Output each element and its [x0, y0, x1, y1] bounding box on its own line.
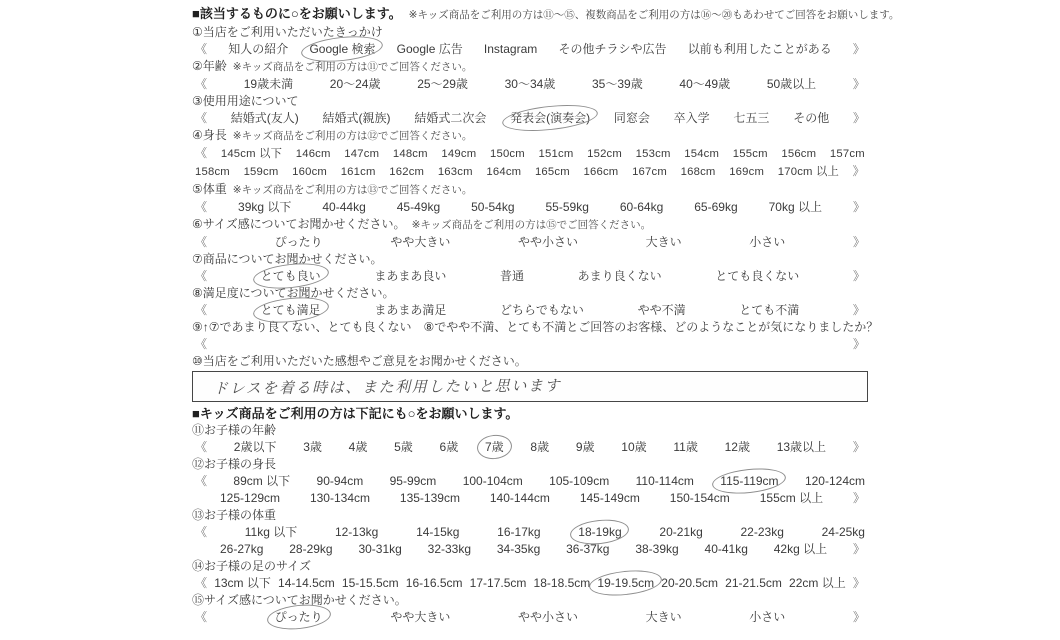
option: 七五三 — [733, 110, 769, 127]
option: 168cm — [681, 164, 716, 181]
option: 45-49kg — [397, 199, 440, 216]
question-4-label: ④身長※キッズ商品をご利用の方は⑫でご回答ください。 — [192, 127, 868, 145]
option: Google 広告 — [397, 41, 463, 58]
option: 164cm — [486, 164, 521, 181]
option: まあまあ良い — [374, 268, 446, 285]
open-bracket: 《 — [195, 145, 207, 162]
option: 125-129cm — [220, 490, 280, 507]
option: 39kg 以下 — [238, 199, 291, 216]
question-2: ②年齢※キッズ商品をご利用の方は⑪でご回答ください。《19歳未満20～24歳25… — [192, 58, 868, 93]
question-6: ⑥サイズ感についてお聞かせください。※キッズ商品をご利用の方は⑮でご回答ください… — [192, 216, 868, 251]
option-circled: 115-119cm — [720, 473, 778, 490]
option: 大きい — [646, 234, 682, 251]
option: 100-104cm — [463, 473, 523, 490]
option: まあまあ満足 — [374, 302, 446, 319]
option: 153cm — [636, 146, 671, 163]
open-bracket: 《 — [195, 41, 207, 58]
close-bracket: 》 — [853, 439, 865, 456]
option: 小さい — [749, 609, 785, 626]
option: やや大きい — [390, 234, 450, 251]
option: 普通 — [500, 268, 524, 285]
option: 154cm — [684, 146, 719, 163]
option-circled: とても満足 — [261, 302, 321, 319]
question-1: ①当店をご利用いただいたきっかけ《知人の紹介Google 検索Google 広告… — [192, 24, 868, 58]
option: Instagram — [484, 41, 537, 58]
open-bracket: 《 — [195, 199, 207, 216]
question-10-label: ⑩当店をご利用いただいた感想やご意見をお聞かせください。 — [192, 353, 868, 370]
option: とても良くない — [715, 268, 799, 285]
open-bracket: 《 — [195, 268, 207, 285]
question-5-note: ※キッズ商品をご利用の方は⑬でご回答ください。 — [233, 184, 473, 196]
option: 120-124cm — [805, 473, 865, 490]
option: 25～29歳 — [417, 76, 468, 93]
option: 12歳 — [725, 439, 750, 456]
question-9: ⑨↑⑦であまり良くない、とても良くない ⑧でやや不満、とても不満とご回答のお客様… — [192, 319, 868, 353]
option: 170cm 以上 — [778, 164, 839, 181]
option: 60-64kg — [620, 199, 663, 216]
option: やや大きい — [390, 609, 450, 626]
question-4: ④身長※キッズ商品をご利用の方は⑫でご回答ください。《145cm 以下146cm… — [192, 127, 868, 181]
question-8: ⑧満足度についてお聞かせください。《とても満足まあまあ満足どちらでもないやや不満… — [192, 285, 868, 319]
option: 大きい — [646, 609, 682, 626]
option: 2歳以下 — [234, 439, 277, 456]
option: 157cm — [830, 146, 865, 163]
option: 169cm — [729, 164, 764, 181]
option: 36-37kg — [566, 541, 609, 558]
option: 55-59kg — [546, 199, 589, 216]
option: 130-134cm — [310, 490, 370, 507]
question-14-options-row-1: 《13cm 以下14-14.5cm15-15.5cm16-16.5cm17-17… — [192, 575, 868, 592]
question-4-options-row-1: 《145cm 以下146cm147cm148cm149cm150cm151cm1… — [192, 145, 868, 163]
option: 以前も利用したことがある — [688, 41, 832, 58]
option-circled: 18-19kg — [578, 524, 621, 541]
question-9-options-row-1: 《》 — [192, 336, 868, 353]
option: 9歳 — [576, 439, 595, 456]
open-bracket: 《 — [195, 76, 207, 93]
question-3: ③使用用途について《結婚式(友人)結婚式(親族)結婚式二次会発表会(演奏会)同窓… — [192, 93, 868, 127]
main-section-header: ■該当するものに○をお願いします。※キッズ商品をご利用の方は⑪～⑮、複数商品をご… — [192, 5, 868, 24]
question-5-options-row-1: 《39kg 以下40-44kg45-49kg50-54kg55-59kg60-6… — [192, 199, 868, 216]
question-3-options-row-1: 《結婚式(友人)結婚式(親族)結婚式二次会発表会(演奏会)同窓会卒入学七五三その… — [192, 110, 868, 127]
question-2-label: ②年齢※キッズ商品をご利用の方は⑪でご回答ください。 — [192, 58, 868, 76]
option: 50歳以上 — [767, 76, 816, 93]
option: 26-27kg — [220, 541, 263, 558]
option: 28-29kg — [289, 541, 332, 558]
option: 147cm — [344, 146, 379, 163]
option: 162cm — [389, 164, 424, 181]
close-bracket: 》 — [853, 302, 865, 319]
option: 152cm — [587, 146, 622, 163]
question-6-options-row-1: 《ぴったりやや大きいやや小さい大きい小さい》 — [192, 234, 868, 251]
open-bracket: 《 — [195, 110, 207, 127]
question-1-label: ①当店をご利用いただいたきっかけ — [192, 24, 868, 41]
question-13-label: ⑬お子様の体重 — [192, 507, 868, 524]
option: 5歳 — [394, 439, 413, 456]
option: 65-69kg — [694, 199, 737, 216]
option: 同窓会 — [614, 110, 650, 127]
main-section-title: ■該当するものに○をお願いします。 — [192, 6, 402, 21]
option: 16-17kg — [497, 524, 540, 541]
option: その他 — [793, 110, 829, 127]
option: 40-41kg — [705, 541, 748, 558]
question-4-note: ※キッズ商品をご利用の方は⑫でご回答ください。 — [233, 130, 473, 142]
question-15-label: ⑮サイズ感についてお聞かせください。 — [192, 592, 868, 609]
close-bracket: 》 — [853, 609, 865, 626]
question-3-label: ③使用用途について — [192, 93, 868, 110]
question-8-options-row-1: 《とても満足まあまあ満足どちらでもないやや不満とても不満》 — [192, 302, 868, 319]
option: やや不満 — [638, 302, 686, 319]
option: 24-25kg — [822, 524, 865, 541]
handwritten-answer: ドレスを着る時は、また利用したいと思います — [213, 374, 561, 398]
kids-section-title: ■キッズ商品をご利用の方は下記にも○をお願いします。 — [192, 406, 518, 421]
option: 159cm — [244, 164, 279, 181]
option: 40-44kg — [322, 199, 365, 216]
open-bracket: 《 — [195, 609, 207, 626]
option: 160cm — [292, 164, 327, 181]
main-section-note: ※キッズ商品をご利用の方は⑪～⑮、複数商品をご利用の方は⑯～⑳もあわせてご回答を… — [409, 9, 900, 21]
option: 163cm — [438, 164, 473, 181]
option: 14-15kg — [416, 524, 459, 541]
option-circled: とても良い — [261, 268, 321, 285]
option: どちらでもない — [500, 302, 584, 319]
option-circled: 7歳 — [485, 439, 504, 456]
option: 小さい — [749, 234, 785, 251]
option: 8歳 — [530, 439, 549, 456]
option: 110-114cm — [636, 473, 694, 490]
option: 19歳未満 — [244, 76, 293, 93]
question-13: ⑬お子様の体重《11kg 以下12-13kg14-15kg16-17kg18-1… — [192, 507, 868, 558]
freetext-answer-box: ドレスを着る時は、また利用したいと思います — [192, 371, 868, 402]
option: 38-39kg — [635, 541, 678, 558]
option: 34-35kg — [497, 541, 540, 558]
question-7: ⑦商品についてお聞かせください。《とても良いまあまあ良い普通あまり良くないとても… — [192, 251, 868, 285]
option: やや小さい — [518, 609, 578, 626]
option: 結婚式(友人) — [231, 110, 299, 127]
question-15-options-row-1: 《ぴったりやや大きいやや小さい大きい小さい》 — [192, 609, 868, 626]
option: 20-20.5cm — [661, 575, 718, 592]
option: とても不満 — [739, 302, 799, 319]
option: 167cm — [632, 164, 667, 181]
option: 155cm 以上 — [760, 490, 823, 507]
option: 135-139cm — [400, 490, 460, 507]
close-bracket: 》 — [853, 336, 865, 353]
question-10: ⑩当店をご利用いただいた感想やご意見をお聞かせください。ドレスを着る時は、また利… — [192, 353, 868, 402]
option: 12-13kg — [335, 524, 378, 541]
question-8-label: ⑧満足度についてお聞かせください。 — [192, 285, 868, 302]
close-bracket: 》 — [853, 541, 865, 558]
open-bracket: 《 — [195, 524, 207, 541]
option: 15-15.5cm — [342, 575, 399, 592]
option-circled: Google 検索 — [309, 41, 375, 58]
question-13-options-row-2: 26-27kg28-29kg30-31kg32-33kg34-35kg36-37… — [192, 541, 868, 558]
question-5-label: ⑤体重※キッズ商品をご利用の方は⑬でご回答ください。 — [192, 181, 868, 199]
option: 14-14.5cm — [278, 575, 335, 592]
close-bracket: 》 — [853, 199, 865, 216]
option: 11歳 — [673, 439, 697, 456]
option: 165cm — [535, 164, 570, 181]
question-11-options-row-1: 《2歳以下3歳4歳5歳6歳7歳8歳9歳10歳11歳12歳13歳以上》 — [192, 439, 868, 456]
option-circled: 発表会(演奏会) — [510, 110, 590, 127]
option: 146cm — [296, 146, 331, 163]
option-circled: ぴったり — [275, 609, 323, 626]
question-7-options-row-1: 《とても良いまあまあ良い普通あまり良くないとても良くない》 — [192, 268, 868, 285]
question-13-options-row-1: 《11kg 以下12-13kg14-15kg16-17kg18-19kg20-2… — [192, 524, 868, 541]
option: 150cm — [490, 146, 525, 163]
close-bracket: 》 — [853, 268, 865, 285]
option: 40～49歳 — [679, 76, 730, 93]
close-bracket: 》 — [853, 234, 865, 251]
kids-section-header: ■キッズ商品をご利用の方は下記にも○をお願いします。 — [192, 405, 868, 422]
option: 155cm — [733, 146, 768, 163]
option: 156cm — [781, 146, 816, 163]
question-11: ⑪お子様の年齢《2歳以下3歳4歳5歳6歳7歳8歳9歳10歳11歳12歳13歳以上… — [192, 422, 868, 456]
option: 11kg 以下 — [245, 524, 297, 541]
option: ぴったり — [275, 234, 323, 251]
option: やや小さい — [518, 234, 578, 251]
question-14-label: ⑭お子様の足のサイズ — [192, 558, 868, 575]
option: 20～24歳 — [330, 76, 381, 93]
option: 3歳 — [303, 439, 322, 456]
open-bracket: 《 — [195, 302, 207, 319]
option: 22-23kg — [741, 524, 784, 541]
option: 4歳 — [349, 439, 368, 456]
question-4-options-row-2: 158cm159cm160cm161cm162cm163cm164cm165cm… — [192, 163, 868, 181]
close-bracket: 》 — [853, 163, 865, 180]
option: 90-94cm — [317, 473, 364, 490]
question-14: ⑭お子様の足のサイズ《13cm 以下14-14.5cm15-15.5cm16-1… — [192, 558, 868, 592]
option: 145cm 以下 — [221, 146, 282, 163]
close-bracket: 》 — [853, 76, 865, 93]
option: 158cm — [195, 164, 230, 181]
question-11-label: ⑪お子様の年齢 — [192, 422, 868, 439]
question-2-note: ※キッズ商品をご利用の方は⑪でご回答ください。 — [233, 61, 473, 73]
question-12-label: ⑫お子様の身長 — [192, 456, 868, 473]
option: 148cm — [393, 146, 428, 163]
option: 150-154cm — [670, 490, 730, 507]
survey-sheet: ■該当するものに○をお願いします。※キッズ商品をご利用の方は⑪～⑮、複数商品をご… — [192, 0, 868, 626]
option: 35～39歳 — [592, 76, 643, 93]
option: 17-17.5cm — [470, 575, 527, 592]
close-bracket: 》 — [853, 41, 865, 58]
question-15: ⑮サイズ感についてお聞かせください。《ぴったりやや大きいやや小さい大きい小さい》 — [192, 592, 868, 626]
option: 149cm — [441, 146, 476, 163]
option: 145-149cm — [580, 490, 640, 507]
option: 16-16.5cm — [406, 575, 463, 592]
question-9-label: ⑨↑⑦であまり良くない、とても良くない ⑧でやや不満、とても不満とご回答のお客様… — [192, 319, 868, 336]
option: 42kg 以上 — [774, 541, 827, 558]
question-1-options-row-1: 《知人の紹介Google 検索Google 広告Instagramその他チラシや… — [192, 41, 868, 58]
option: 13cm 以下 — [214, 575, 271, 592]
option: 21-21.5cm — [725, 575, 782, 592]
option-circled: 19-19.5cm — [597, 575, 654, 592]
option: 50-54kg — [471, 199, 514, 216]
question-12: ⑫お子様の身長《89cm 以下90-94cm95-99cm100-104cm10… — [192, 456, 868, 507]
question-6-label: ⑥サイズ感についてお聞かせください。※キッズ商品をご利用の方は⑮でご回答ください… — [192, 216, 868, 234]
option: 10歳 — [621, 439, 646, 456]
open-bracket: 《 — [195, 336, 207, 353]
open-bracket: 《 — [195, 473, 207, 490]
option: 結婚式(親族) — [323, 110, 391, 127]
question-12-options-row-2: 125-129cm130-134cm135-139cm140-144cm145-… — [192, 490, 868, 507]
option: 105-109cm — [549, 473, 609, 490]
option: 89cm 以下 — [233, 473, 290, 490]
option: 151cm — [539, 146, 574, 163]
option: 13歳以上 — [777, 439, 826, 456]
open-bracket: 《 — [195, 439, 207, 456]
option: 32-33kg — [428, 541, 471, 558]
option: 95-99cm — [390, 473, 437, 490]
question-5: ⑤体重※キッズ商品をご利用の方は⑬でご回答ください。《39kg 以下40-44k… — [192, 181, 868, 216]
option: 70kg 以上 — [769, 199, 822, 216]
close-bracket: 》 — [853, 490, 865, 507]
option: 20-21kg — [659, 524, 702, 541]
option: 18-18.5cm — [534, 575, 591, 592]
option: 22cm 以上 — [789, 575, 846, 592]
close-bracket: 》 — [853, 110, 865, 127]
option: 卒入学 — [674, 110, 710, 127]
option: 30-31kg — [358, 541, 401, 558]
option: 166cm — [584, 164, 619, 181]
adult-question-list: ①当店をご利用いただいたきっかけ《知人の紹介Google 検索Google 広告… — [192, 24, 868, 402]
option: 30～34歳 — [505, 76, 556, 93]
option: 知人の紹介 — [228, 41, 288, 58]
option: 140-144cm — [490, 490, 550, 507]
open-bracket: 《 — [195, 575, 207, 592]
question-12-options-row-1: 《89cm 以下90-94cm95-99cm100-104cm105-109cm… — [192, 473, 868, 490]
option: 161cm — [341, 164, 376, 181]
kids-question-list: ⑪お子様の年齢《2歳以下3歳4歳5歳6歳7歳8歳9歳10歳11歳12歳13歳以上… — [192, 422, 868, 626]
option: その他チラシや広告 — [558, 41, 666, 58]
close-bracket: 》 — [853, 575, 865, 592]
question-6-note: ※キッズ商品をご利用の方は⑮でご回答ください。 — [412, 219, 652, 231]
question-7-label: ⑦商品についてお聞かせください。 — [192, 251, 868, 268]
option: 6歳 — [440, 439, 459, 456]
option: あまり良くない — [578, 268, 662, 285]
question-2-options-row-1: 《19歳未満20～24歳25～29歳30～34歳35～39歳40～49歳50歳以… — [192, 76, 868, 93]
option: 結婚式二次会 — [414, 110, 486, 127]
open-bracket: 《 — [195, 234, 207, 251]
